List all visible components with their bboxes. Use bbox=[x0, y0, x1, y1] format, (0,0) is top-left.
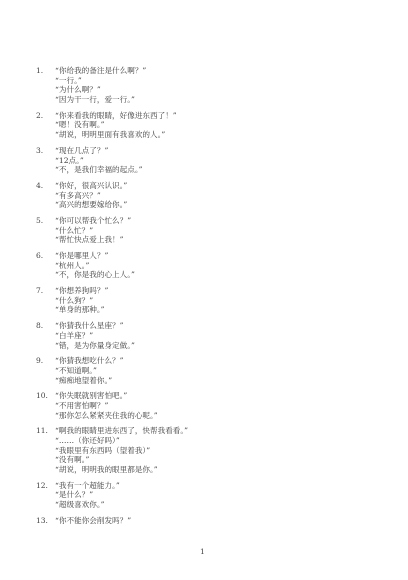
dialogue-line: “12点。” bbox=[55, 156, 408, 166]
dialogue-line: “不知道啊。” bbox=[55, 366, 408, 376]
dialogue-line: “你失眠就别害怕吧。” bbox=[55, 391, 408, 401]
dialogue-line: “你猜我想吃什么？” bbox=[55, 356, 408, 366]
dialogue-line: “一行。” bbox=[55, 76, 408, 86]
item-number: 12. bbox=[36, 481, 48, 491]
item-number: 8. bbox=[36, 321, 43, 331]
item-number: 5. bbox=[36, 216, 43, 226]
list-item: 1. “你给我的备注是什么啊？” “一行。” “为什么啊？” “因为干一行，爱一… bbox=[0, 66, 408, 105]
list-item: 7. “你想养狗吗？” “什么狗？” “单身的那种。” bbox=[0, 286, 408, 315]
list-item: 8. “你猜我什么星座？” “白羊座？” “错，是为你量身定做。” bbox=[0, 321, 408, 350]
dialogue-line: “不用害怕啊？” bbox=[55, 401, 408, 411]
dialogue-line: “嗯！没有啊。” bbox=[55, 120, 408, 130]
dialogue-line: “你给我的备注是什么啊？” bbox=[55, 66, 408, 76]
dialogue-line: “高兴的想要嫁给你。” bbox=[55, 200, 408, 210]
dialogue-line: “啊我的眼睛里进东西了，快帮我看看。” bbox=[55, 426, 408, 436]
dialogue-line: “胡说，明明我的眼里都是你。” bbox=[55, 465, 408, 475]
dialogue-line: “有多高兴？” bbox=[55, 191, 408, 201]
dialogue-line: “错，是为你量身定做。” bbox=[55, 341, 408, 351]
dialogue-line: “杭州人。” bbox=[55, 261, 408, 271]
dialogue-line: “你好，很高兴认识。” bbox=[55, 181, 408, 191]
item-number: 3. bbox=[36, 146, 43, 156]
item-number: 9. bbox=[36, 356, 43, 366]
dialogue-line: “现在几点了？” bbox=[55, 146, 408, 156]
dialogue-line: “不，你是我的心上人。” bbox=[55, 270, 408, 280]
dialogue-line: “痴痴地望着你。” bbox=[55, 376, 408, 386]
dialogue-line: “帮忙快点爱上我！” bbox=[55, 235, 408, 245]
dialogue-line: “单身的那种。” bbox=[55, 305, 408, 315]
list-item: 5. “你可以帮我个忙么？” “什么忙？” “帮忙快点爱上我！” bbox=[0, 216, 408, 245]
page-number: 1 bbox=[200, 547, 205, 556]
dialogue-line: “不，是我们幸福的起点。” bbox=[55, 165, 408, 175]
dialogue-line: “什么忙？” bbox=[55, 226, 408, 236]
dialogue-line: “是什么？” bbox=[55, 490, 408, 500]
dialogue-line: “你猜我什么星座？” bbox=[55, 321, 408, 331]
dialogue-line: “你来看我的眼睛，好像进东西了！” bbox=[55, 111, 408, 121]
dialogue-line: “为什么啊？” bbox=[55, 85, 408, 95]
item-number: 1. bbox=[36, 66, 43, 76]
dialogue-line: “你不能你会削发吗？” bbox=[55, 516, 408, 526]
item-number: 6. bbox=[36, 251, 43, 261]
dialogue-line: “我眼里有东西吗（望着我）” bbox=[55, 446, 408, 456]
item-number: 13. bbox=[36, 516, 48, 526]
item-number: 10. bbox=[36, 391, 48, 401]
item-number: 2. bbox=[36, 111, 43, 121]
item-number: 4. bbox=[36, 181, 43, 191]
dialogue-line: “什么狗？” bbox=[55, 296, 408, 306]
dialogue-line: “那你怎么紧紧夹住我的心呢。” bbox=[55, 411, 408, 421]
dialogue-line: “……（你还好吗）” bbox=[55, 436, 408, 446]
dialogue-line: “你想养狗吗？” bbox=[55, 286, 408, 296]
list-item: 3. “现在几点了？” “12点。” “不，是我们幸福的起点。” bbox=[0, 146, 408, 175]
list-item: 2. “你来看我的眼睛，好像进东西了！” “嗯！没有啊。” “胡说，明明里面有我… bbox=[0, 111, 408, 140]
dialogue-line: “你可以帮我个忙么？” bbox=[55, 216, 408, 226]
dialogue-line: “因为干一行，爱一行。” bbox=[55, 95, 408, 105]
list-item: 13. “你不能你会削发吗？” bbox=[0, 516, 408, 526]
list-item: 11. “啊我的眼睛里进东西了，快帮我看看。” “……（你还好吗）” “我眼里有… bbox=[0, 426, 408, 474]
document-page: 1. “你给我的备注是什么啊？” “一行。” “为什么啊？” “因为干一行，爱一… bbox=[0, 0, 408, 580]
dialogue-line: “你是哪里人？” bbox=[55, 251, 408, 261]
item-number: 11. bbox=[36, 426, 48, 436]
dialogue-line: “超级喜欢你。” bbox=[55, 500, 408, 510]
list-item: 9. “你猜我想吃什么？” “不知道啊。” “痴痴地望着你。” bbox=[0, 356, 408, 385]
dialogue-line: “白羊座？” bbox=[55, 331, 408, 341]
dialogue-line: “胡说，明明里面有我喜欢的人。” bbox=[55, 130, 408, 140]
list-item: 10. “你失眠就别害怕吧。” “不用害怕啊？” “那你怎么紧紧夹住我的心呢。” bbox=[0, 391, 408, 420]
list-item: 12. “我有一个超能力。” “是什么？” “超级喜欢你。” bbox=[0, 481, 408, 510]
dialogue-line: “我有一个超能力。” bbox=[55, 481, 408, 491]
dialogue-line: “没有啊。” bbox=[55, 455, 408, 465]
list-item: 4. “你好，很高兴认识。” “有多高兴？” “高兴的想要嫁给你。” bbox=[0, 181, 408, 210]
item-number: 7. bbox=[36, 286, 43, 296]
dialogue-list: 1. “你给我的备注是什么啊？” “一行。” “为什么啊？” “因为干一行，爱一… bbox=[0, 66, 408, 532]
list-item: 6. “你是哪里人？” “杭州人。” “不，你是我的心上人。” bbox=[0, 251, 408, 280]
